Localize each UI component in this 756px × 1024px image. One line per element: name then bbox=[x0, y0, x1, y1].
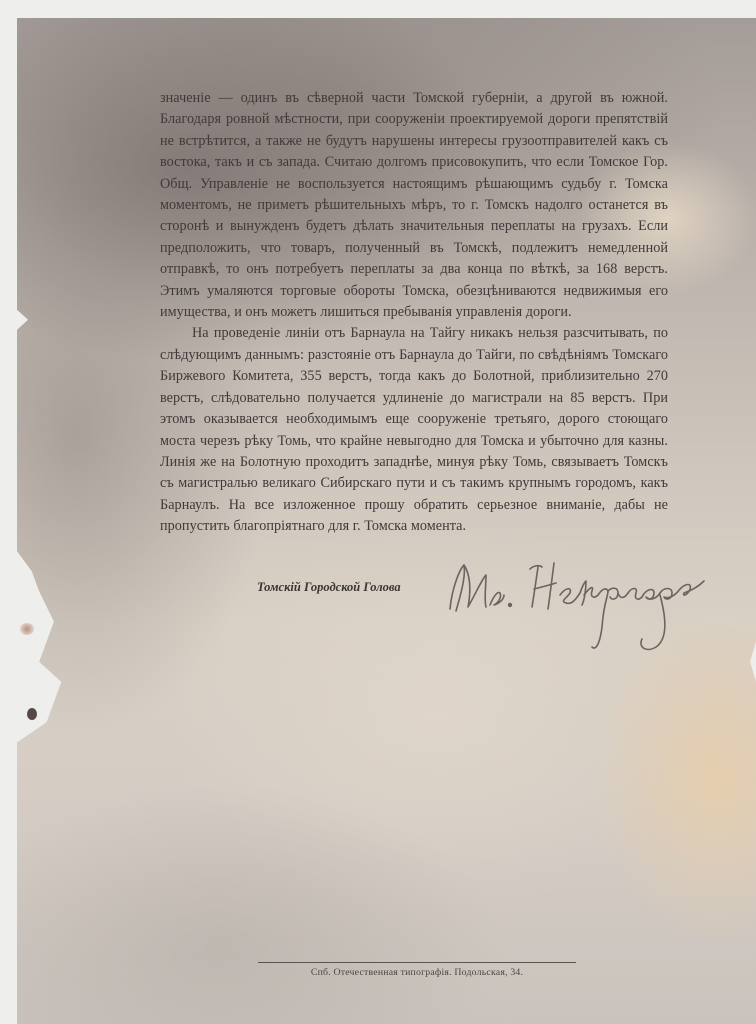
printer-imprint: Спб. Отечественная типографія. Подольска… bbox=[258, 967, 576, 978]
signatory-title: Томскій Городской Голова bbox=[257, 580, 401, 595]
paragraph-continuation: значеніе — одинъ въ сѣверной части Томск… bbox=[160, 88, 668, 323]
ink-blot-stain bbox=[27, 708, 37, 720]
paragraph-barnaul-line: На проведеніе линіи отъ Барнаула на Тайг… bbox=[160, 323, 668, 537]
rust-stain bbox=[20, 623, 34, 635]
signature-block: Томскій Городской Голова Ив. Некрасовъ bbox=[257, 572, 727, 652]
footer-divider bbox=[258, 962, 576, 963]
letter-body: значеніе — одинъ въ сѣверной части Томск… bbox=[160, 88, 668, 538]
handwritten-signature-icon: Ив. Некрасовъ bbox=[442, 547, 722, 657]
